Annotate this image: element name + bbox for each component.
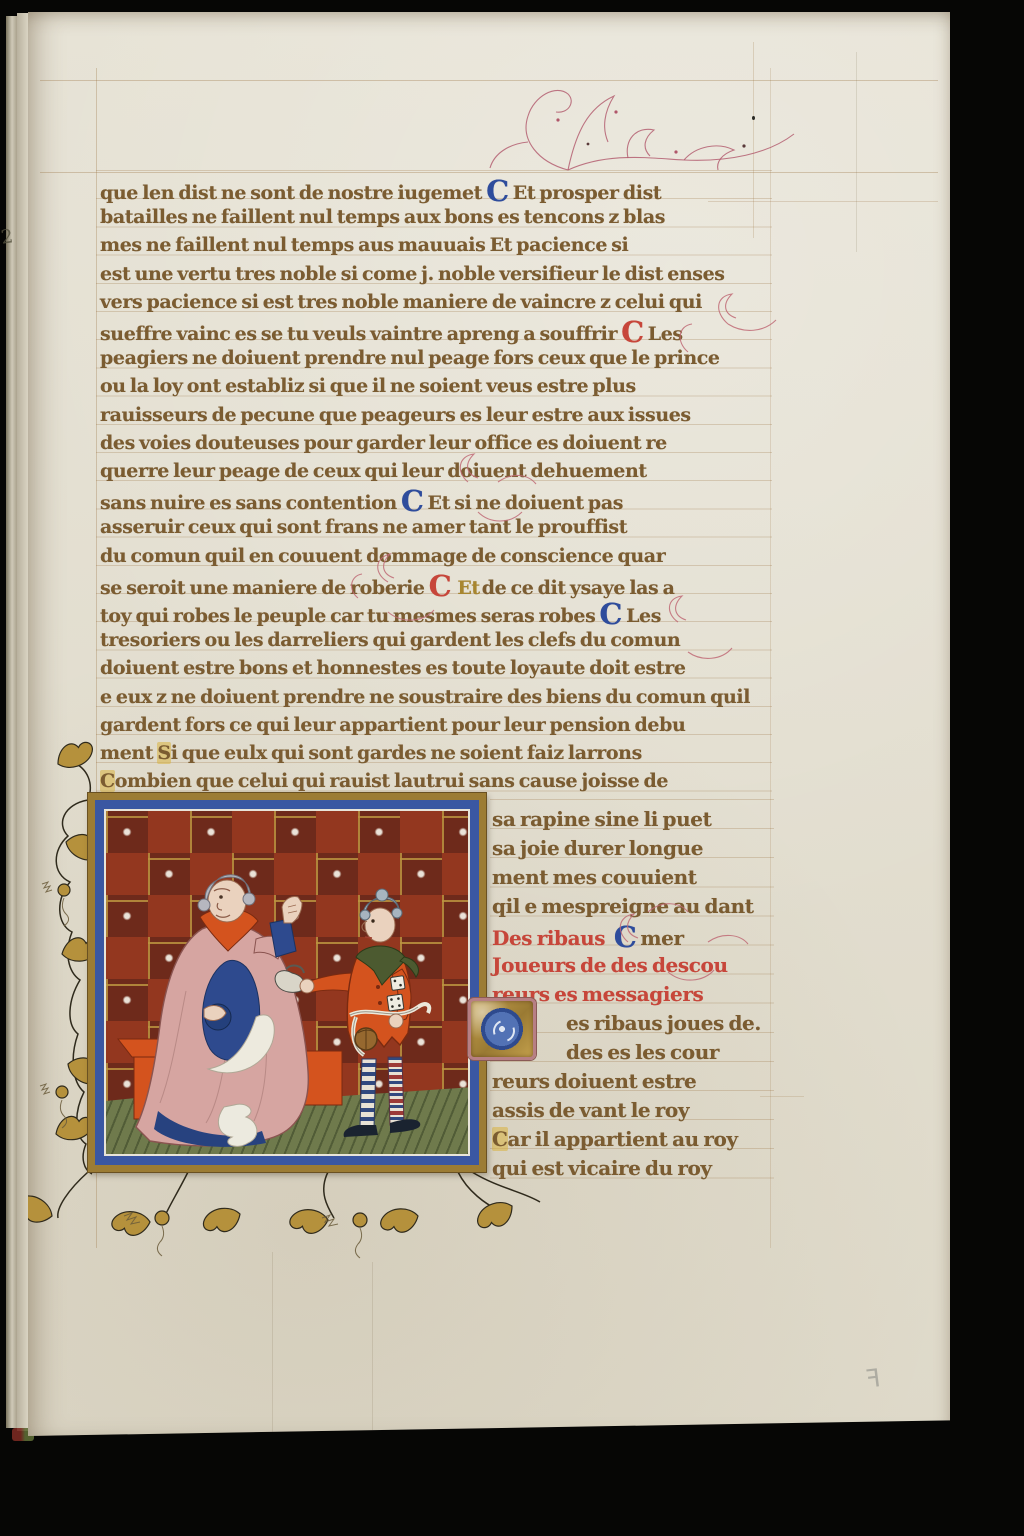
text-segment: Joueurs de des descou	[492, 953, 728, 977]
miniature	[88, 793, 486, 1172]
text-segment: assis de vant le roy	[492, 1098, 689, 1122]
text-line: e eux z ne doiuent prendre ne soustraire…	[100, 686, 750, 709]
text-segment: mer	[640, 926, 683, 950]
parchment-crease	[372, 1262, 373, 1430]
text-segment: Des ribaus	[492, 926, 610, 950]
text-line: que len dist ne sont de nostre iugemetCE…	[100, 178, 661, 205]
text-line: tresoriers ou les darreliers qui gardent…	[100, 629, 680, 652]
text-line: sans nuire es sans contentionCEt si ne d…	[100, 488, 623, 515]
text-line: vers pacience si est tres noble maniere …	[100, 291, 702, 314]
text-segment: asseruir ceux qui sont frans ne amer tan…	[100, 516, 627, 538]
text-segment: es ribaus joues de.	[566, 1011, 761, 1035]
text-line: assis de vant le roy	[492, 1099, 689, 1122]
parchment-crease	[856, 52, 857, 252]
text-line: ou la loy ont establiz si que il ne soie…	[100, 375, 636, 398]
text-segment: sans nuire es sans contention	[100, 492, 397, 514]
text-line: Car il appartient au roy	[492, 1128, 738, 1151]
parchment-page: que len dist ne sont de nostre iugemetCE…	[28, 12, 950, 1436]
miniature-interior	[104, 809, 470, 1156]
text-segment: querre leur peage de ceux qui leur doiue…	[100, 460, 647, 482]
illuminated-initial-d	[468, 998, 536, 1060]
parchment-crease	[272, 1252, 273, 1432]
text-segment: gardent fors ce qui leur appartient pour…	[100, 714, 685, 736]
text-segment: Et	[455, 577, 481, 599]
ruling-line	[40, 80, 938, 81]
text-segment: Les	[626, 605, 661, 627]
text-line: sa rapine sine li puet	[492, 808, 711, 831]
text-line: qil e mespreigne au dant	[492, 895, 754, 918]
text-segment: sa rapine sine li puet	[492, 807, 711, 831]
text-segment: peagiers ne doiuent prendre nul peage fo…	[100, 347, 720, 369]
text-line: mes ne faillent nul temps aus mauuais Et…	[100, 234, 628, 257]
text-segment: sueffre vainc es se tu veuls vaintre apr…	[100, 323, 617, 345]
text-line: sueffre vainc es se tu veuls vaintre apr…	[100, 319, 683, 346]
text-segment: C	[482, 174, 513, 208]
text-segment: C	[425, 569, 456, 603]
text-line: es ribaus joues de.	[566, 1012, 761, 1035]
text-segment: vers pacience si est tres noble maniere …	[100, 291, 702, 313]
text-segment: C	[617, 315, 648, 349]
text-segment: e eux z ne doiuent prendre ne soustraire…	[100, 686, 750, 708]
text-segment: tresoriers ou les darreliers qui gardent…	[100, 629, 680, 651]
text-line: ment mes couuient	[492, 866, 697, 889]
text-line: asseruir ceux qui sont frans ne amer tan…	[100, 516, 627, 539]
text-line: est une vertu tres noble si come j. nobl…	[100, 263, 725, 286]
text-line: Des ribaus Cmer	[492, 924, 684, 950]
bottom-margin-spray	[28, 1172, 540, 1258]
text-segment: C	[595, 597, 626, 631]
text-line: peagiers ne doiuent prendre nul peage fo…	[100, 347, 720, 370]
text-segment: rauisseurs de pecune que peageurs es leu…	[100, 404, 691, 426]
text-line: se seroit une maniere de roberieCEtde ce…	[100, 573, 674, 600]
text-line: du comun quil en couuent dommage de cons…	[100, 545, 665, 568]
text-segment: ment mes couuient	[492, 865, 697, 889]
text-segment: batailles ne faillent nul temps aux bons…	[100, 206, 665, 228]
miniature-figures	[106, 811, 468, 1154]
text-segment: Les	[648, 323, 683, 345]
text-segment: S	[157, 742, 170, 764]
text-segment: toy qui robes le peuple car tu mesmes se…	[100, 605, 595, 627]
text-line: des voies douteuses pour garder leur off…	[100, 432, 667, 455]
text-segment: C	[397, 484, 428, 518]
text-line: gardent fors ce qui leur appartient pour…	[100, 714, 685, 737]
folio-edge-strip	[17, 13, 29, 1431]
text-line: rauisseurs de pecune que peageurs es leu…	[100, 404, 691, 427]
text-segment: qil e mespreigne au dant	[492, 894, 754, 918]
text-segment: ment	[100, 742, 157, 764]
text-segment: des es les cour	[566, 1040, 719, 1064]
text-segment: se seroit une maniere de roberie	[100, 577, 425, 599]
text-segment: de ce dit ysaye las a	[482, 577, 675, 599]
text-line: querre leur peage de ceux qui leur doiue…	[100, 460, 647, 483]
text-segment: Et prosper dist	[513, 182, 662, 204]
manuscript-photo: 2 que len dist ne sont de nostre iugemet…	[0, 0, 1024, 1536]
text-line: sa joie durer longue	[492, 837, 703, 860]
text-line: qui est vicaire du roy	[492, 1157, 712, 1180]
text-segment: C	[100, 770, 115, 792]
ink-speck	[752, 116, 755, 120]
text-segment: ou la loy ont establiz si que il ne soie…	[100, 375, 636, 397]
text-segment: mes ne faillent nul temps aus mauuais Et…	[100, 234, 628, 256]
text-segment: sa joie durer longue	[492, 836, 703, 860]
miniature-frame	[95, 800, 479, 1165]
text-line: reurs doiuent estre	[492, 1070, 696, 1093]
text-segment: ombien que celui qui rauist lautrui sans…	[115, 770, 668, 792]
text-line: ment Si que eulx qui sont gardes ne soie…	[100, 742, 642, 765]
text-line: doiuent estre bons et honnestes es toute…	[100, 657, 686, 680]
text-segment: reurs doiuent estre	[492, 1069, 696, 1093]
text-line: toy qui robes le peuple car tu mesmes se…	[100, 601, 661, 628]
text-segment: des voies douteuses pour garder leur off…	[100, 432, 667, 454]
text-line: des es les cour	[566, 1041, 719, 1064]
text-segment: est une vertu tres noble si come j. nobl…	[100, 263, 725, 285]
text-line: batailles ne faillent nul temps aux bons…	[100, 206, 665, 229]
text-line: Combien que celui qui rauist lautrui san…	[100, 770, 668, 793]
text-segment: qui est vicaire du roy	[492, 1156, 712, 1180]
text-segment: C	[492, 1127, 508, 1151]
text-segment: du comun quil en couuent dommage de cons…	[100, 545, 665, 567]
seated-elder-figure	[136, 875, 308, 1147]
text-segment: C	[610, 920, 641, 954]
text-segment: Et si ne doiuent pas	[428, 492, 624, 514]
text-line: Joueurs de des descou	[492, 954, 728, 977]
text-segment: ar il appartient au roy	[508, 1127, 738, 1151]
text-segment: que len dist ne sont de nostre iugemet	[100, 182, 482, 204]
penwork-flourish-top	[490, 90, 794, 170]
text-segment: i que eulx qui sont gardes ne soient fai…	[171, 742, 642, 764]
text-segment: doiuent estre bons et honnestes es toute…	[100, 657, 686, 679]
pencil-mark-f: F	[864, 1363, 882, 1394]
